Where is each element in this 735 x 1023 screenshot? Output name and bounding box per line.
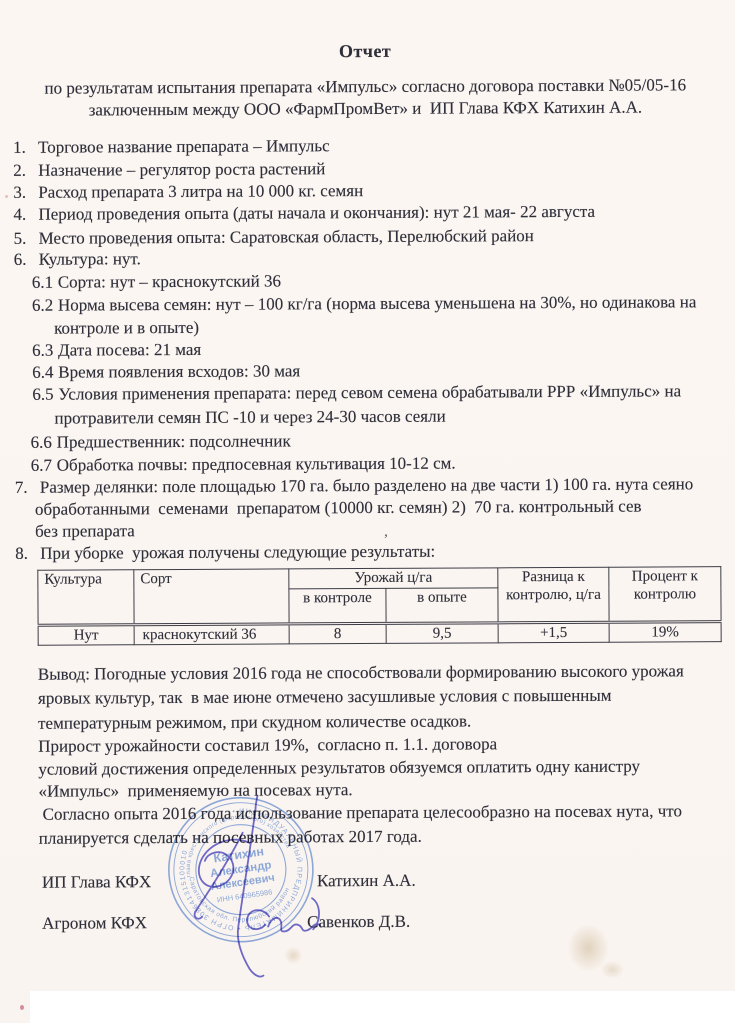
list-item-6: 6.Культура: нут. xyxy=(14,248,141,271)
cell-sort: краснокутский 36 xyxy=(134,624,289,645)
list-item-6-2-cont: контроле и в опыте) xyxy=(54,317,199,340)
list-item-6-1: 6.1Сорта: нут – краснокутский 36 xyxy=(32,270,281,293)
list-number: 1. xyxy=(13,137,38,159)
list-item-2: 2.Назначение – регулятор роста растений xyxy=(13,158,325,182)
header-percent: Процент к контролю xyxy=(609,567,721,623)
list-text: Размер делянки: поле площадью 170 га. бы… xyxy=(40,474,693,496)
cell-culture: Нут xyxy=(38,625,134,646)
signer-role-2: Агроном КФХ xyxy=(42,913,147,934)
signer-role-1: ИП Глава КФХ xyxy=(42,872,151,893)
list-item-5: 5.Место проведения опыта: Саратовская об… xyxy=(14,225,534,250)
list-item-6-5: 6.5Условия применения препарата: перед с… xyxy=(32,380,681,405)
list-number: 4. xyxy=(13,204,38,226)
list-number: 8. xyxy=(15,543,40,565)
scanner-edge xyxy=(30,991,735,1023)
conclusion-line-3: температурным режимом, при скудном колич… xyxy=(38,710,471,734)
list-text: Обработка почвы: предпосевная культиваци… xyxy=(57,454,456,475)
signature-strokes xyxy=(151,780,357,996)
list-text: Время появления всходов: 30 мая xyxy=(58,361,300,381)
list-item-8: 8.При уборке урожая получены следующие р… xyxy=(15,541,435,565)
conclusion-line-4: Прирост урожайности составил 19%, соглас… xyxy=(38,733,497,757)
list-number: 2. xyxy=(13,160,38,182)
list-number: 6.1 xyxy=(32,272,58,294)
header-trial: в опыте xyxy=(386,588,498,624)
list-item-6-5-cont: протравители семян ПС -10 и через 24-30 … xyxy=(54,406,445,430)
list-item-3: 3.Расход препарата 3 литра на 10 000 кг.… xyxy=(13,180,363,204)
conclusion-line-1: Вывод: Погодные условия 2016 года не спо… xyxy=(38,660,684,685)
list-item-7-cont-1: обработанными семенами препаратом (10000… xyxy=(35,496,642,521)
signature-block-2: Агроном КФХ Савенков Д.В. xyxy=(0,0,732,2)
table-row: Нут краснокутский 36 8 9,5 +1,5 19% xyxy=(38,622,721,646)
list-text: Культура: нут. xyxy=(39,249,141,269)
handwritten-signatures xyxy=(151,780,357,996)
scanned-report-page: Отчет по результатам испытания препарата… xyxy=(0,0,735,1023)
list-number: 7. xyxy=(15,477,40,499)
intro-line-2: заключенным между ООО «ФармПромВет» и ИП… xyxy=(0,96,733,122)
table-header-row-1: Культура Сорт Урожай ц/га Разница к конт… xyxy=(38,567,721,591)
list-number: 6.7 xyxy=(31,455,57,477)
list-item-4: 4.Период проведения опыта (даты начала и… xyxy=(13,201,595,226)
signature-katikhin xyxy=(199,840,251,887)
list-number: 6.2 xyxy=(32,295,58,317)
signature-katikhin-slash xyxy=(194,833,243,919)
cell-control: 8 xyxy=(289,623,386,644)
list-item-1: 1.Торговое название препарата – Импульс xyxy=(13,135,330,159)
list-text: При уборке урожая получены следующие рез… xyxy=(40,542,435,563)
signature-block-1: ИП Глава КФХ Катихин А.А. xyxy=(0,0,732,2)
list-text: Норма высева семян: нут – 100 кг/га (нор… xyxy=(58,292,697,314)
header-sort: Сорт xyxy=(134,569,289,625)
signature-savenkov xyxy=(247,898,320,931)
list-number: 6.4 xyxy=(32,362,58,384)
paper-smudge xyxy=(284,946,302,964)
scan-speck xyxy=(5,195,8,198)
list-number: 3. xyxy=(13,182,38,204)
list-number: 6.3 xyxy=(32,340,58,362)
list-text: Дата посева: 21 мая xyxy=(58,340,201,360)
scan-speck xyxy=(20,1005,24,1010)
list-text: Сорта: нут – краснокутский 36 xyxy=(58,271,281,291)
conclusion-line-7: Согласно опыта 2016 года использование п… xyxy=(43,800,682,825)
list-item-6-3: 6.3Дата посева: 21 мая xyxy=(32,339,201,362)
list-text: Место проведения опыта: Саратовская обла… xyxy=(39,226,534,248)
header-diff: Разница к контролю, ц/га xyxy=(498,567,609,623)
scan-artifact-comma: , xyxy=(384,524,388,541)
list-item-6-7: 6.7Обработка почвы: предпосевная культив… xyxy=(31,453,456,477)
list-text: Расход препарата 3 литра на 10 000 кг. с… xyxy=(38,181,363,202)
conclusion-line-5: условий достижения определенных результа… xyxy=(38,756,640,781)
list-number: 6.6 xyxy=(31,432,57,454)
list-item-7-cont-2: без препарата xyxy=(35,520,135,543)
list-number: 5. xyxy=(14,228,39,250)
report-title: Отчет xyxy=(0,38,733,64)
list-item-6-6: 6.6Предшественник: подсолнечник xyxy=(31,430,291,453)
cell-percent: 19% xyxy=(609,622,721,643)
report-content: Отчет по результатам испытания препарата… xyxy=(0,0,735,1023)
list-text: Назначение – регулятор роста растений xyxy=(38,159,325,180)
list-item-6-4: 6.4Время появления всходов: 30 мая xyxy=(32,360,300,383)
signature-savenkov-flourish xyxy=(237,796,263,977)
list-text: Период проведения опыта (даты начала и о… xyxy=(38,202,595,224)
list-text: Предшественник: подсолнечник xyxy=(57,431,291,451)
list-text: Торговое название препарата – Импульс xyxy=(38,136,330,157)
cell-trial: 9,5 xyxy=(386,623,498,644)
conclusion-line-2: яровых культур, так в мае июне отмечено … xyxy=(38,685,612,710)
results-table: Культура Сорт Урожай ц/га Разница к конт… xyxy=(37,566,721,646)
list-number: 6.5 xyxy=(32,384,58,406)
list-item-6-2: 6.2Норма высева семян: нут – 100 кг/га (… xyxy=(32,291,697,316)
header-yield: Урожай ц/га xyxy=(289,568,498,589)
header-culture: Культура xyxy=(38,570,134,626)
list-text: Условия применения препарата: перед сево… xyxy=(58,381,681,403)
paper-smudge xyxy=(600,961,624,979)
list-number: 6. xyxy=(14,249,39,271)
header-control: в контроле xyxy=(289,588,386,624)
cell-diff: +1,5 xyxy=(498,622,609,643)
